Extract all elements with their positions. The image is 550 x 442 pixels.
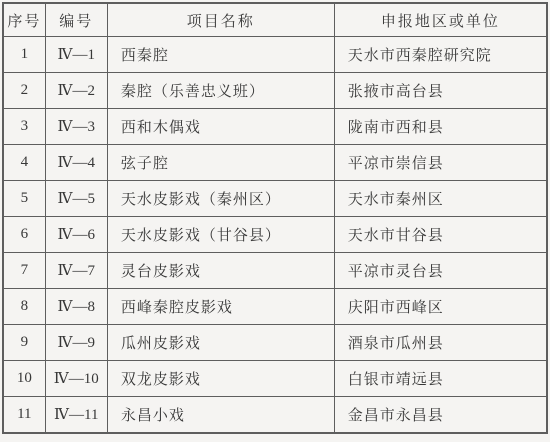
cell-code: Ⅳ—1 (45, 37, 107, 73)
cell-name: 西秦腔 (107, 37, 334, 73)
table-row: 3Ⅳ—3西和木偶戏陇南市西和县 (3, 109, 547, 145)
header-code: 编号 (45, 3, 107, 37)
cell-name: 灵台皮影戏 (107, 253, 334, 289)
cell-seq: 8 (3, 289, 45, 325)
cell-seq: 4 (3, 145, 45, 181)
table-row: 6Ⅳ—6天水皮影戏（甘谷县）天水市甘谷县 (3, 217, 547, 253)
cell-code: Ⅳ—2 (45, 73, 107, 109)
cell-seq: 6 (3, 217, 45, 253)
heritage-projects-table: 序号 编号 项目名称 申报地区或单位 1Ⅳ—1西秦腔天水市西秦腔研究院2Ⅳ—2秦… (2, 2, 548, 434)
cell-seq: 11 (3, 397, 45, 434)
table-row: 2Ⅳ—2秦腔（乐善忠义班）张掖市高台县 (3, 73, 547, 109)
table-header-row: 序号 编号 项目名称 申报地区或单位 (3, 3, 547, 37)
cell-code: Ⅳ—10 (45, 361, 107, 397)
header-seq: 序号 (3, 3, 45, 37)
cell-code: Ⅳ—6 (45, 217, 107, 253)
table-body: 1Ⅳ—1西秦腔天水市西秦腔研究院2Ⅳ—2秦腔（乐善忠义班）张掖市高台县3Ⅳ—3西… (3, 37, 547, 434)
cell-code: Ⅳ—11 (45, 397, 107, 434)
cell-name: 西和木偶戏 (107, 109, 334, 145)
cell-name: 秦腔（乐善忠义班） (107, 73, 334, 109)
cell-name: 天水皮影戏（甘谷县） (107, 217, 334, 253)
cell-unit: 平凉市灵台县 (334, 253, 547, 289)
cell-code: Ⅳ—4 (45, 145, 107, 181)
cell-seq: 1 (3, 37, 45, 73)
cell-code: Ⅳ—5 (45, 181, 107, 217)
cell-unit: 酒泉市瓜州县 (334, 325, 547, 361)
table-row: 5Ⅳ—5天水皮影戏（秦州区）天水市秦州区 (3, 181, 547, 217)
cell-name: 西峰秦腔皮影戏 (107, 289, 334, 325)
header-unit: 申报地区或单位 (334, 3, 547, 37)
cell-seq: 9 (3, 325, 45, 361)
cell-seq: 10 (3, 361, 45, 397)
cell-unit: 庆阳市西峰区 (334, 289, 547, 325)
table-row: 8Ⅳ—8西峰秦腔皮影戏庆阳市西峰区 (3, 289, 547, 325)
cell-name: 弦子腔 (107, 145, 334, 181)
header-name: 项目名称 (107, 3, 334, 37)
cell-unit: 金昌市永昌县 (334, 397, 547, 434)
cell-seq: 7 (3, 253, 45, 289)
table-row: 9Ⅳ—9瓜州皮影戏酒泉市瓜州县 (3, 325, 547, 361)
cell-code: Ⅳ—9 (45, 325, 107, 361)
table-row: 11Ⅳ—11永昌小戏金昌市永昌县 (3, 397, 547, 434)
table-row: 10Ⅳ—10双龙皮影戏白银市靖远县 (3, 361, 547, 397)
cell-unit: 平凉市崇信县 (334, 145, 547, 181)
cell-unit: 天水市秦州区 (334, 181, 547, 217)
cell-name: 瓜州皮影戏 (107, 325, 334, 361)
table-row: 7Ⅳ—7灵台皮影戏平凉市灵台县 (3, 253, 547, 289)
cell-name: 天水皮影戏（秦州区） (107, 181, 334, 217)
cell-unit: 张掖市高台县 (334, 73, 547, 109)
cell-code: Ⅳ—8 (45, 289, 107, 325)
table-row: 4Ⅳ—4弦子腔平凉市崇信县 (3, 145, 547, 181)
cell-code: Ⅳ—7 (45, 253, 107, 289)
cell-name: 双龙皮影戏 (107, 361, 334, 397)
cell-name: 永昌小戏 (107, 397, 334, 434)
cell-unit: 陇南市西和县 (334, 109, 547, 145)
cell-seq: 5 (3, 181, 45, 217)
cell-seq: 3 (3, 109, 45, 145)
cell-unit: 白银市靖远县 (334, 361, 547, 397)
cell-unit: 天水市西秦腔研究院 (334, 37, 547, 73)
table-row: 1Ⅳ—1西秦腔天水市西秦腔研究院 (3, 37, 547, 73)
cell-unit: 天水市甘谷县 (334, 217, 547, 253)
cell-seq: 2 (3, 73, 45, 109)
cell-code: Ⅳ—3 (45, 109, 107, 145)
